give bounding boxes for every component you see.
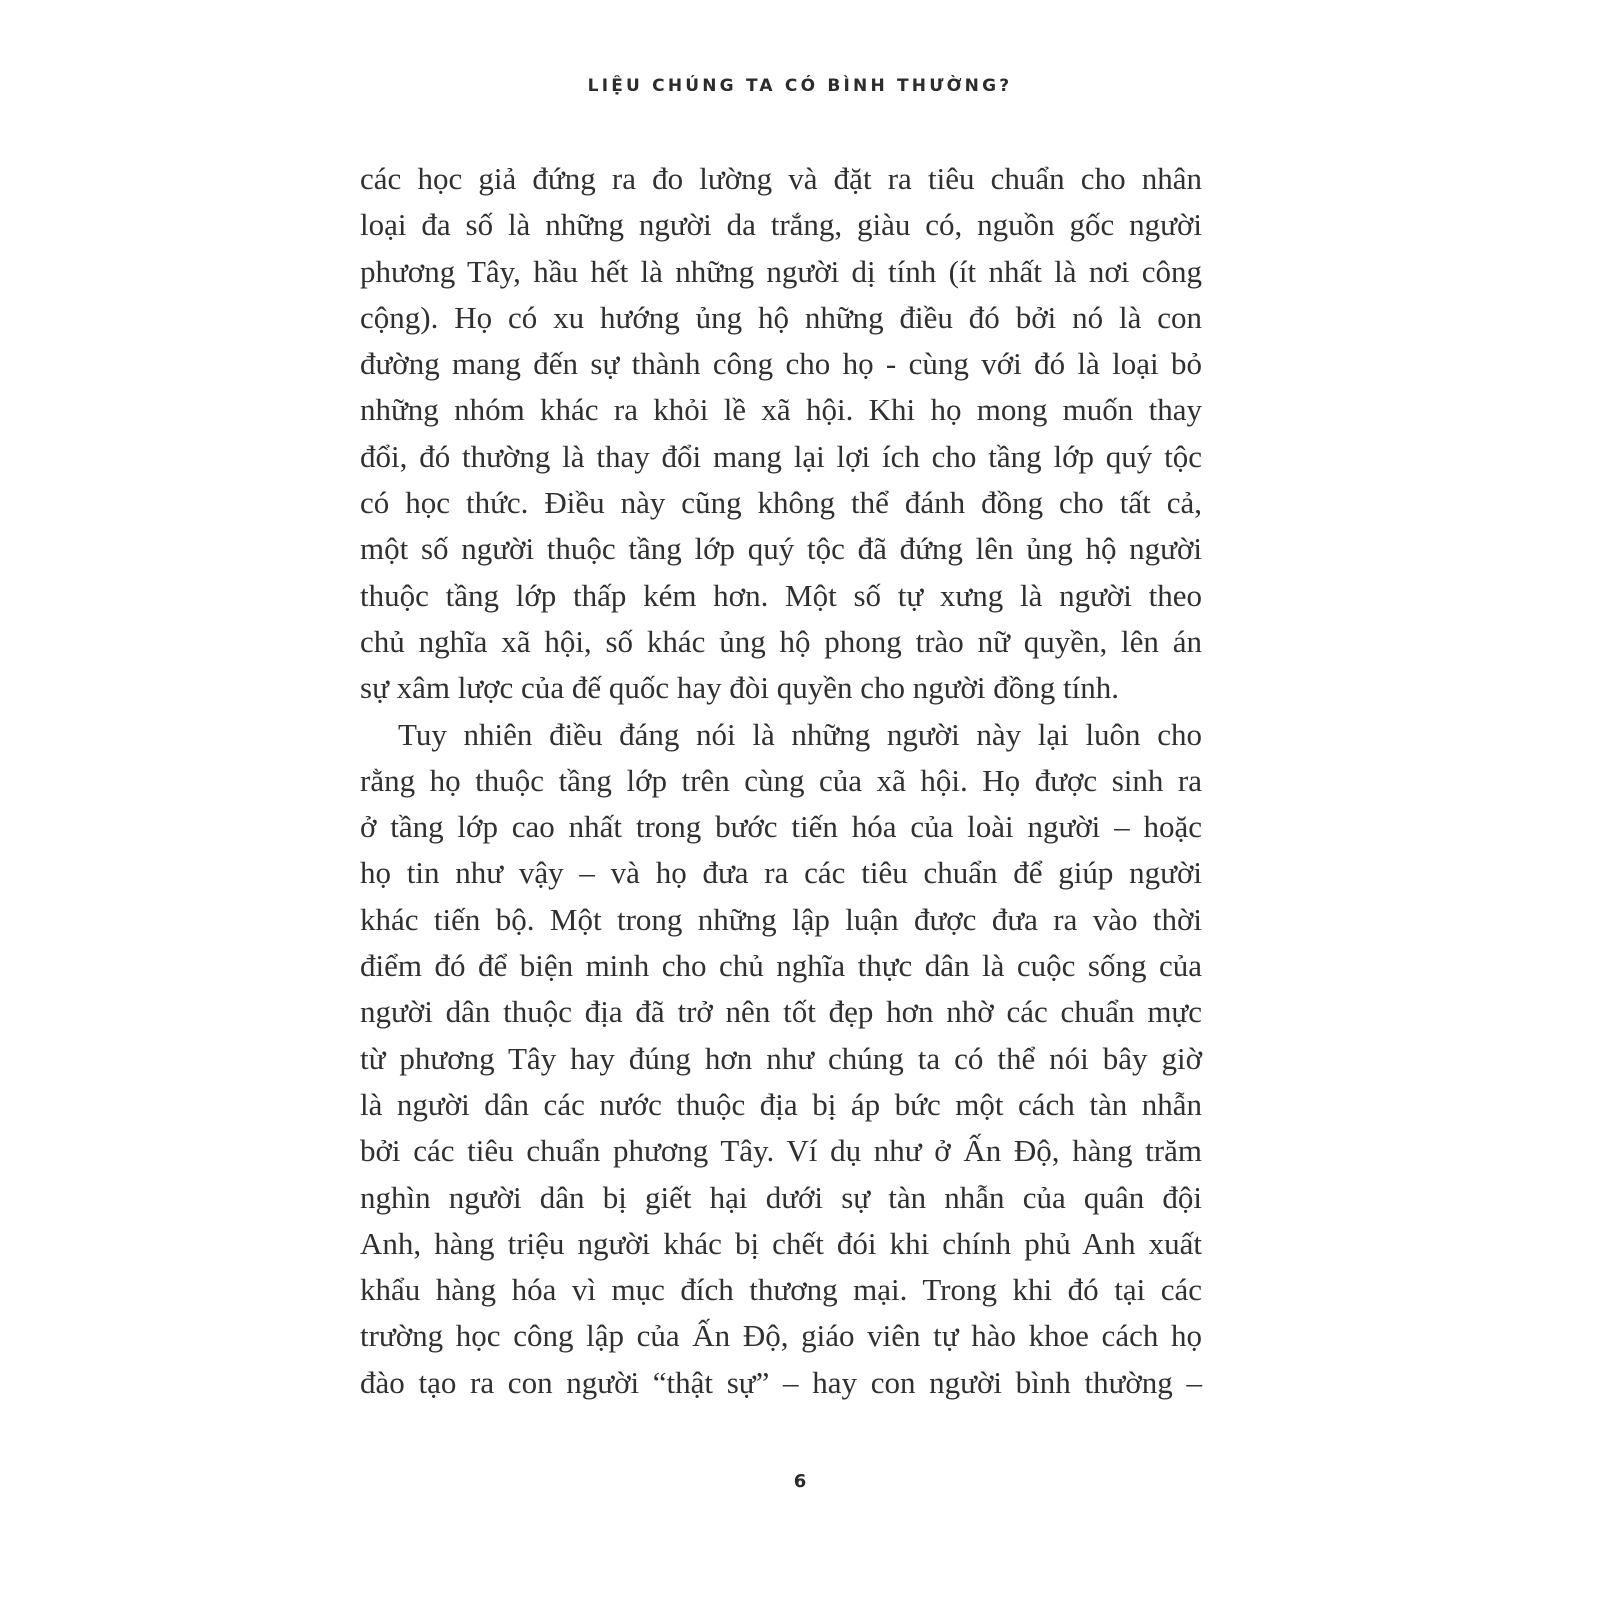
text-line: những nhóm khác ra khỏi lề xã hội. Khi h… [360,387,1202,433]
text-line: họ tin như vậy – và họ đưa ra các tiêu c… [360,850,1202,896]
paragraph-1: các học giả đứng ra đo lường và đặt ra t… [360,156,1202,712]
text-line: người dân thuộc địa đã trở nên tốt đẹp h… [360,989,1202,1035]
text-line: Anh, hàng triệu người khác bị chết đói k… [360,1221,1202,1267]
body-text: các học giả đứng ra đo lường và đặt ra t… [360,156,1202,1406]
text-line: trường học công lập của Ấn Độ, giáo viên… [360,1313,1202,1359]
text-line: đào tạo ra con người “thật sự” – hay con… [360,1360,1202,1406]
text-line: cộng). Họ có xu hướng ủng hộ những điều … [360,295,1202,341]
text-line: sự xâm lược của đế quốc hay đòi quyền ch… [360,665,1202,711]
paragraph-2: Tuy nhiên điều đáng nói là những người n… [360,712,1202,1406]
text-line: phương Tây, hầu hết là những người dị tí… [360,249,1202,295]
text-line: loại đa số là những người da trắng, giàu… [360,202,1202,248]
text-line: Tuy nhiên điều đáng nói là những người n… [360,712,1202,758]
running-head-title: LIỆU CHÚNG TA CÓ BÌNH THƯỜNG? [0,76,1600,96]
text-line: ở tầng lớp cao nhất trong bước tiến hóa … [360,804,1202,850]
page-number: 6 [0,1471,1600,1492]
text-line: bởi các tiêu chuẩn phương Tây. Ví dụ như… [360,1128,1202,1174]
text-line: thuộc tầng lớp thấp kém hơn. Một số tự x… [360,573,1202,619]
text-line: khẩu hàng hóa vì mục đích thương mại. Tr… [360,1267,1202,1313]
text-line: các học giả đứng ra đo lường và đặt ra t… [360,156,1202,202]
text-line: rằng họ thuộc tầng lớp trên cùng của xã … [360,758,1202,804]
text-line: điểm đó để biện minh cho chủ nghĩa thực … [360,943,1202,989]
text-line: từ phương Tây hay đúng hơn như chúng ta … [360,1036,1202,1082]
text-line: đổi, đó thường là thay đổi mang lại lợi … [360,434,1202,480]
text-line: đường mang đến sự thành công cho họ - cù… [360,341,1202,387]
text-line: chủ nghĩa xã hội, số khác ủng hộ phong t… [360,619,1202,665]
text-line: là người dân các nước thuộc địa bị áp bứ… [360,1082,1202,1128]
text-line: khác tiến bộ. Một trong những lập luận đ… [360,897,1202,943]
text-line: nghìn người dân bị giết hại dưới sự tàn … [360,1175,1202,1221]
text-line: có học thức. Điều này cũng không thể đán… [360,480,1202,526]
text-line: một số người thuộc tầng lớp quý tộc đã đ… [360,526,1202,572]
